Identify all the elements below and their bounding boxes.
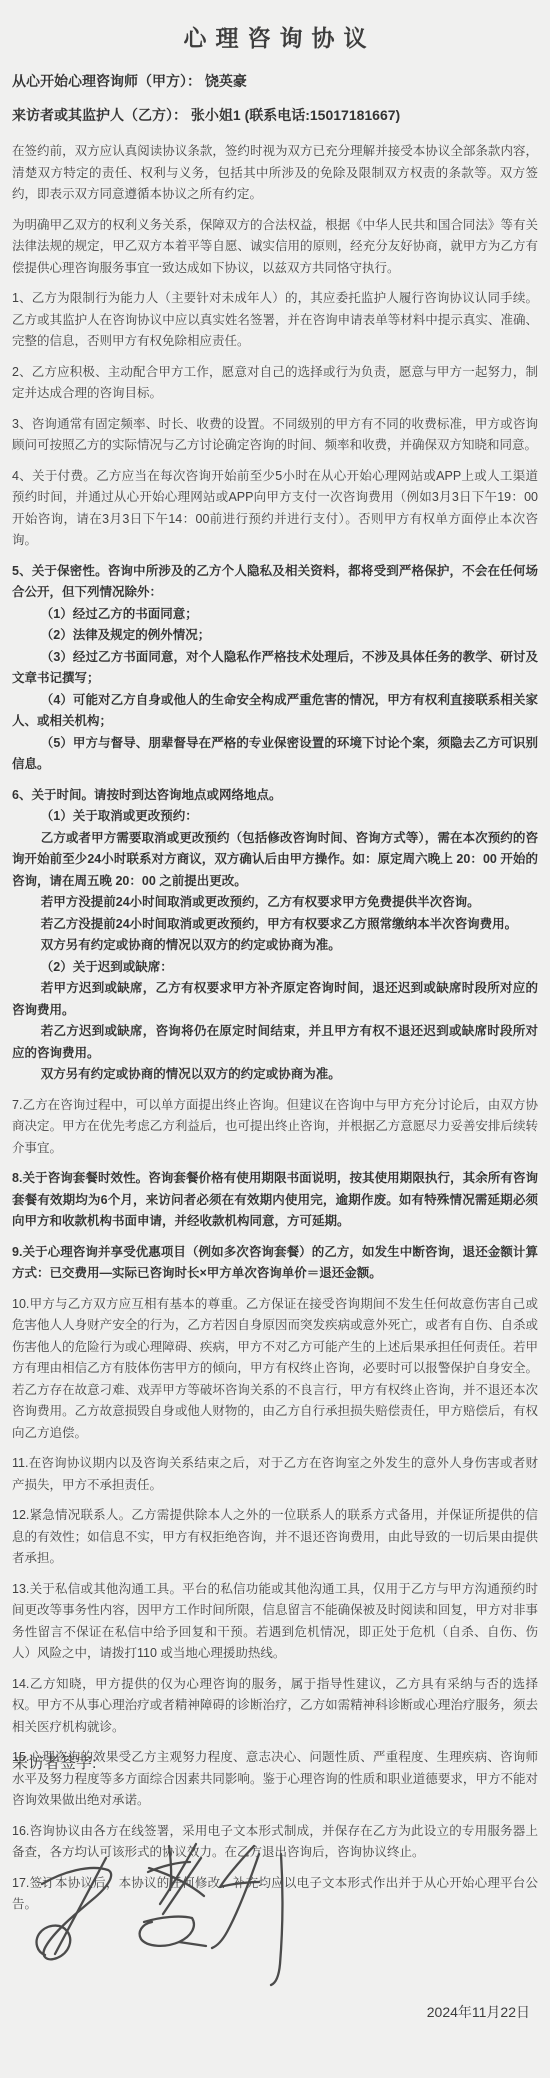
- agreement-block: 9.关于心理咨询并享受优惠项目（例如多次咨询套餐）的乙方，如发生中断咨询，退还金…: [12, 1242, 538, 1285]
- page-title: 心理咨询协议: [12, 20, 538, 53]
- agreement-block: 13.关于私信或其他沟通工具。平台的私信功能或其他沟通工具，仅用于乙方与甲方沟通…: [12, 1579, 538, 1665]
- agreement-block: 在签约前，双方应认真阅读协议条款，签约时视为双方已充分理解并接受本协议全部条款内…: [12, 141, 538, 206]
- agreement-block: 3、咨询通常有固定频率、时长、收费的设置。不同级别的甲方有不同的收费标准，甲方或…: [12, 414, 538, 457]
- agreement-document: 心理咨询协议 从心开始心理咨询师（甲方）： 饶英豪 来访者或其监护人（乙方）： …: [0, 0, 550, 2078]
- visitor-signature-label: 来访者签字:: [12, 1750, 96, 1773]
- agreement-block: 11.在咨询协议期内以及咨询关系结束之后，对于乙方在咨询室之外发生的意外人身伤害…: [12, 1453, 538, 1496]
- agreement-block: 14.乙方知晓，甲方提供的仅为心理咨询的服务，属于指导性建议，乙方具有采纳与否的…: [12, 1674, 538, 1739]
- agreement-block: 12.紧急情况联系人。乙方需提供除本人之外的一位联系人的联系方式备用，并保证所提…: [12, 1505, 538, 1570]
- agreement-block: 1、乙方为限制行为能力人（主要针对未成年人）的，其应委托监护人履行咨询协议认同手…: [12, 288, 538, 353]
- agreement-block: 双方另有约定或协商的情况以双方的约定或协商为准。: [12, 1064, 538, 1086]
- agreement-block: 7.乙方在咨询过程中，可以单方面提出终止咨询。但建议在咨询中与甲方充分讨论后，由…: [12, 1095, 538, 1160]
- agreement-block: （2）关于迟到或缺席：: [12, 957, 538, 979]
- agreement-block: 若乙方没提前24小时间取消或更改预约，甲方有权要求乙方照常缴纳本半次咨询费用。: [12, 914, 538, 936]
- agreement-block: 若甲方没提前24小时间取消或更改预约，乙方有权要求甲方免费提供半次咨询。: [12, 892, 538, 914]
- agreement-block: 若乙方迟到或缺席，咨询将仍在原定时间结束，并且甲方有权不退还迟到或缺席时段所对应…: [12, 1021, 538, 1064]
- agreement-block: （1）经过乙方的书面同意；: [12, 604, 538, 626]
- signature-scribble: [28, 1832, 328, 1992]
- agreement-block: 6、关于时间。请按时到达咨询地点或网络地点。: [12, 785, 538, 807]
- agreement-block: 为明确甲乙双方的权利义务关系，保障双方的合法权益，根据《中华人民共和国合同法》等…: [12, 215, 538, 280]
- agreement-block: 8.关于咨询套餐时效性。咨询套餐价格有使用期限书面说明，按其使用期限执行，其余所…: [12, 1168, 538, 1233]
- signature-scribble-svg: [28, 1832, 328, 1992]
- party-a-line: 从心开始心理咨询师（甲方）： 饶英豪: [12, 71, 538, 91]
- agreement-block: （1）关于取消或更改预约：: [12, 806, 538, 828]
- agreement-block: 4、关于付费。乙方应当在每次咨询开始前至少5小时在从心开始心理网站或APP上或人…: [12, 466, 538, 552]
- party-b-line: 来访者或其监护人（乙方）： 张小姐1 (联系电话:15017181667): [12, 105, 538, 125]
- agreement-block: 2、乙方应积极、主动配合甲方工作，愿意对自己的选择或行为负责，愿意与甲方一起努力…: [12, 362, 538, 405]
- agreement-block: 10.甲方与乙方双方应互相有基本的尊重。乙方保证在接受咨询期间不发生任何故意伤害…: [12, 1294, 538, 1445]
- agreement-block: （2）法律及规定的例外情况；: [12, 625, 538, 647]
- agreement-block: （3）经过乙方书面同意，对个人隐私作严格技术处理后，不涉及具体任务的教学、研讨及…: [12, 647, 538, 690]
- agreement-block: （4）可能对乙方自身或他人的生命安全构成严重危害的情况，甲方有权利直接联系相关家…: [12, 690, 538, 733]
- agreement-block: 乙方或者甲方需要取消或更改预约（包括修改咨询时间、咨询方式等），需在本次预约的咨…: [12, 828, 538, 893]
- agreement-block: 若甲方迟到或缺席，乙方有权要求甲方补齐原定咨询时间，退还迟到或缺席时段所对应的咨…: [12, 978, 538, 1021]
- agreement-block: 双方另有约定或协商的情况以双方的约定或协商为准。: [12, 935, 538, 957]
- agreement-body: 在签约前，双方应认真阅读协议条款，签约时视为双方已充分理解并接受本协议全部条款内…: [12, 141, 538, 1916]
- agreement-block: （5）甲方与督导、朋辈督导在严格的专业保密设置的环境下讨论个案，须隐去乙方可识别…: [12, 733, 538, 776]
- agreement-block: 5、关于保密性。咨询中所涉及的乙方个人隐私及相关资料，都将受到严格保护，不会在任…: [12, 561, 538, 604]
- signature-date: 2024年11月22日: [427, 2002, 530, 2022]
